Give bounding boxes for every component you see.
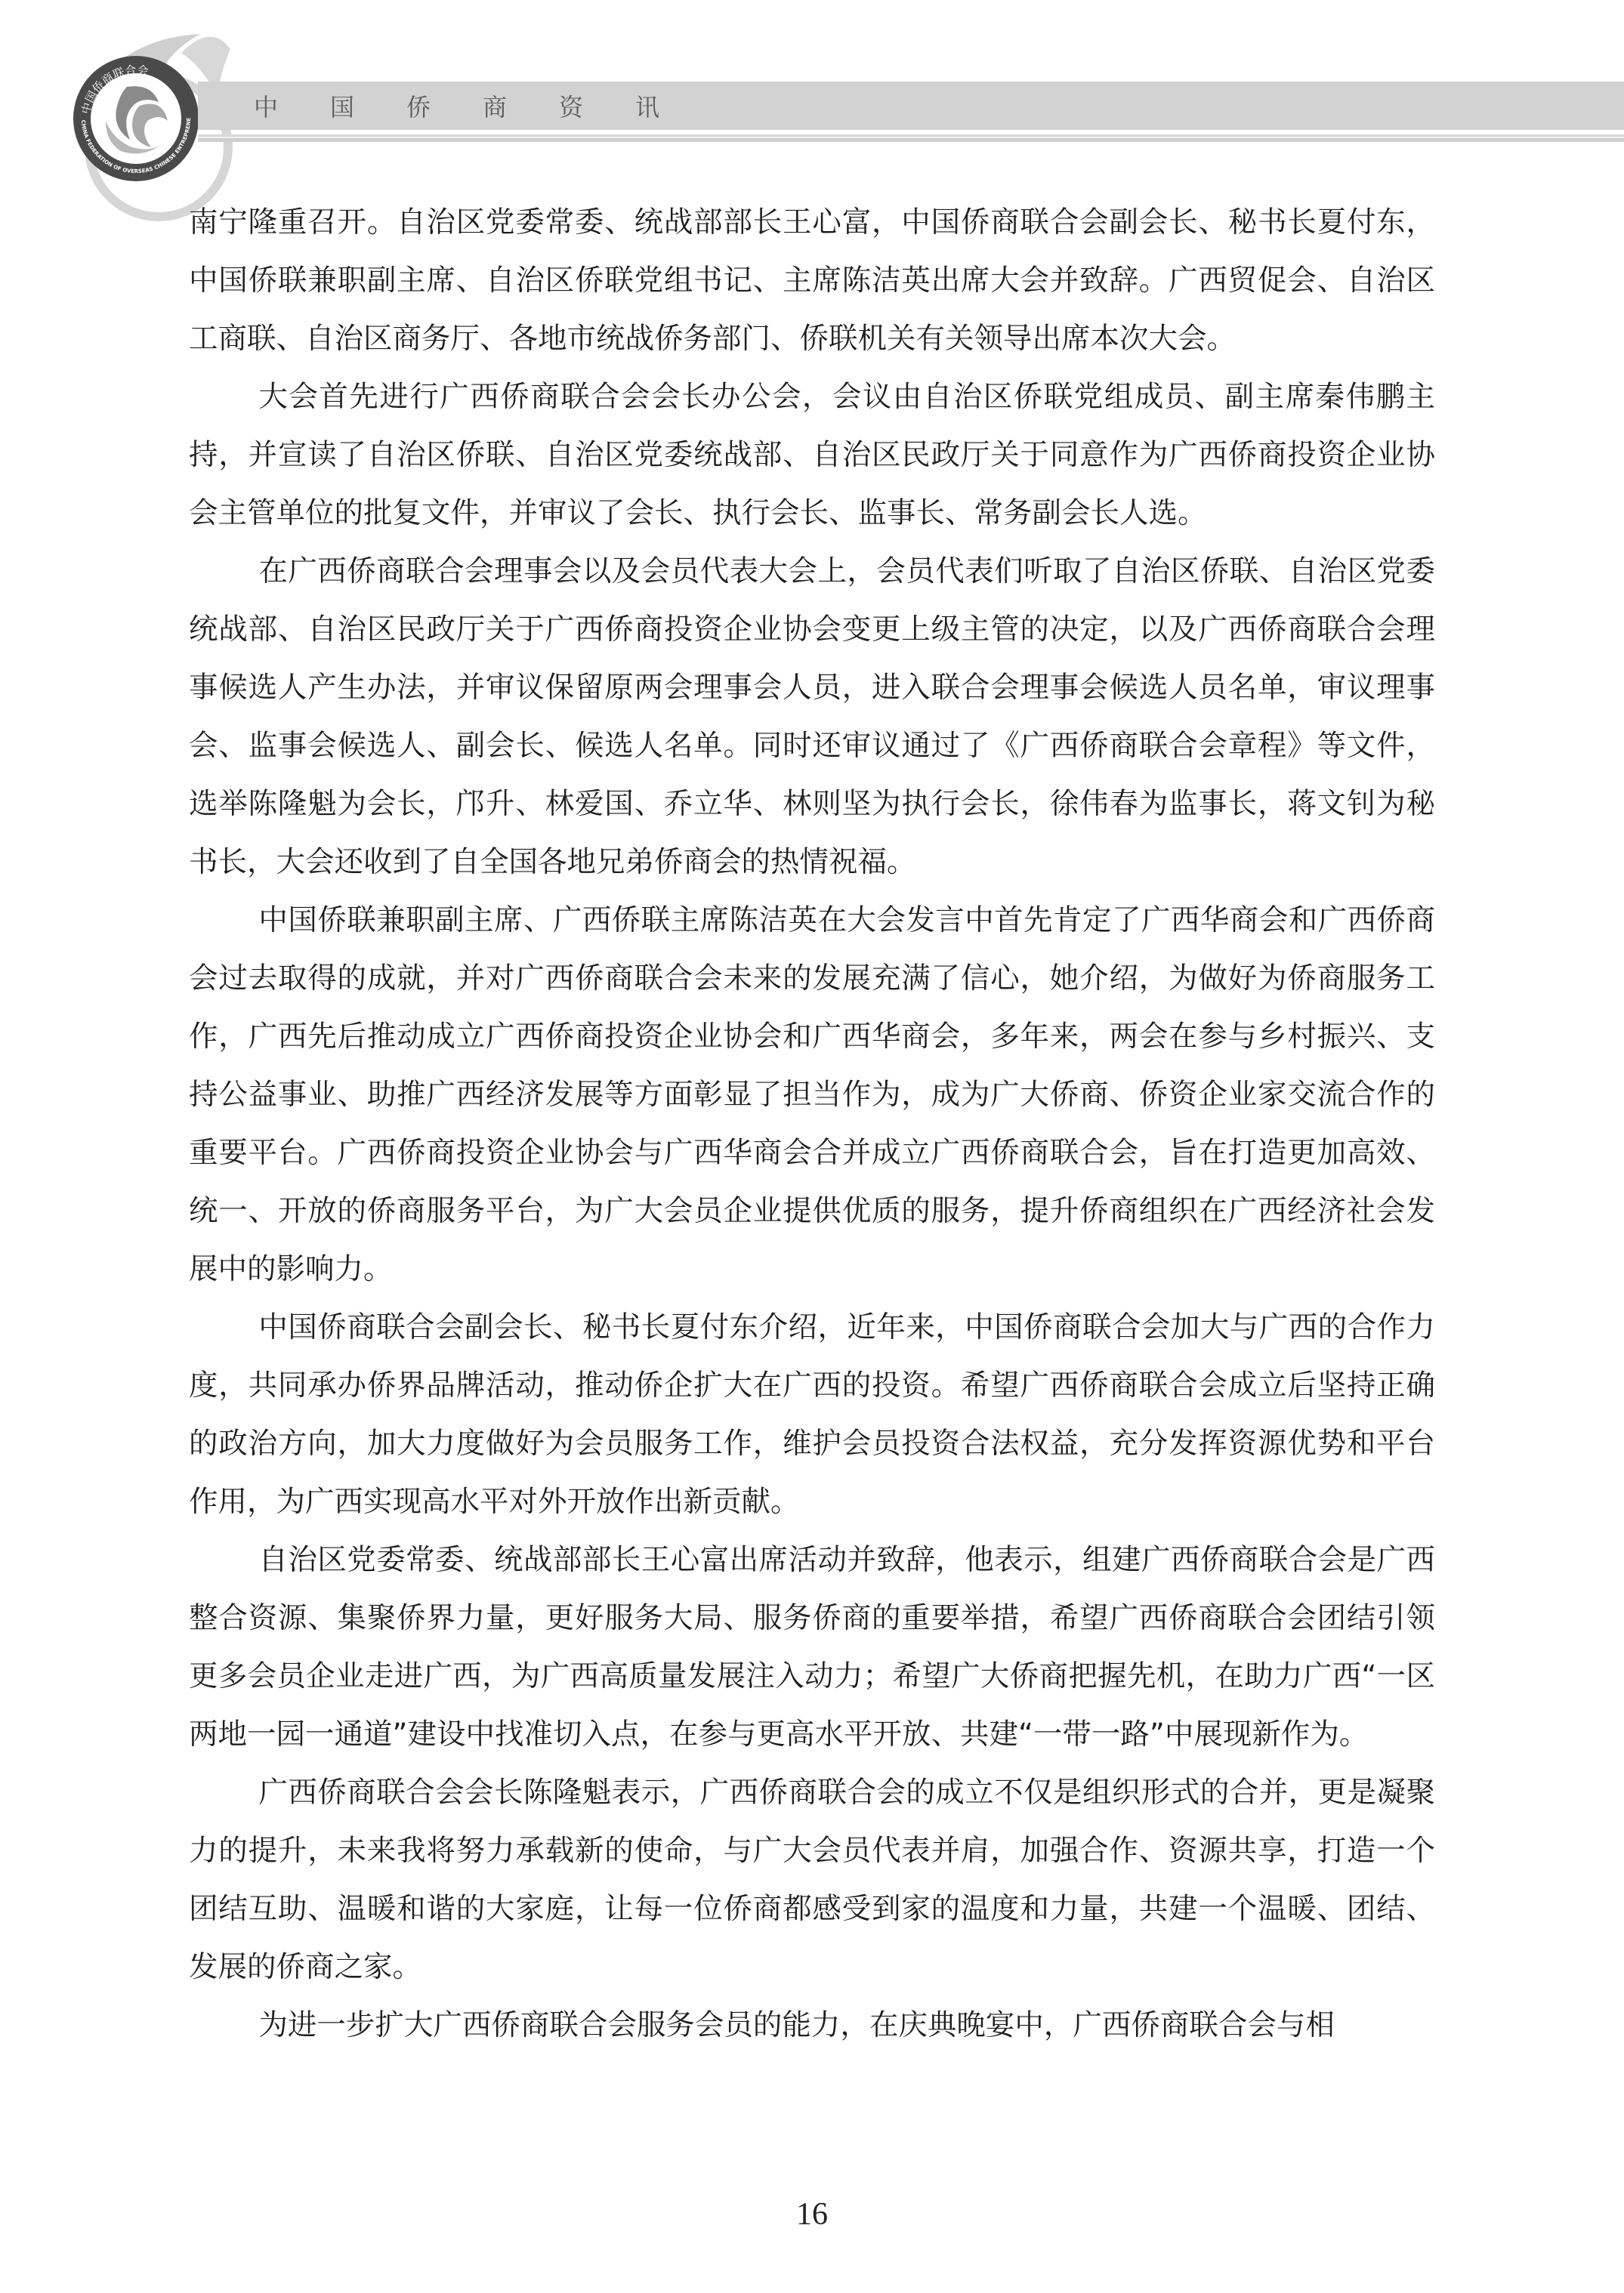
article-body: 南宁隆重召开。自治区党委常委、统战部部长王心富，中国侨商联合会副会长、秘书长夏付… — [189, 193, 1435, 2054]
page-number: 16 — [0, 2196, 1624, 2233]
title-char: 商 — [483, 88, 559, 123]
paragraph: 大会首先进行广西侨商联合会会长办公会，会议由自治区侨联党组成员、副主席秦伟鹏主持… — [189, 368, 1435, 542]
paragraph: 在广西侨商联合会理事会以及会员代表大会上，会员代表们听取了自治区侨联、自治区党委… — [189, 542, 1435, 891]
paragraph: 中国侨联兼职副主席、广西侨联主席陈洁英在大会发言中首先肯定了广西华商会和广西侨商… — [189, 891, 1435, 1298]
publication-title: 中 国 侨 商 资 讯 — [254, 86, 712, 125]
paragraph: 广西侨商联合会会长陈隆魁表示，广西侨商联合会的成立不仅是组织形式的合并，更是凝聚… — [189, 1764, 1435, 1996]
paragraph: 自治区党委常委、统战部部长王心富出席活动并致辞，他表示，组建广西侨商联合会是广西… — [189, 1531, 1435, 1764]
title-char: 资 — [559, 88, 635, 123]
title-char: 中 — [254, 88, 330, 123]
title-char: 讯 — [635, 88, 712, 123]
header-divider — [198, 134, 1624, 142]
title-char: 国 — [330, 88, 406, 123]
paragraph: 为进一步扩大广西侨商联合会服务会员的能力，在庆典晚宴中，广西侨商联合会与相 — [189, 1996, 1435, 2054]
paragraph: 中国侨商联合会副会长、秘书长夏付东介绍，近年来，中国侨商联合会加大与广西的合作力… — [189, 1298, 1435, 1531]
title-char: 侨 — [406, 88, 483, 123]
paragraph: 南宁隆重召开。自治区党委常委、统战部部长王心富，中国侨商联合会副会长、秘书长夏付… — [189, 193, 1435, 368]
